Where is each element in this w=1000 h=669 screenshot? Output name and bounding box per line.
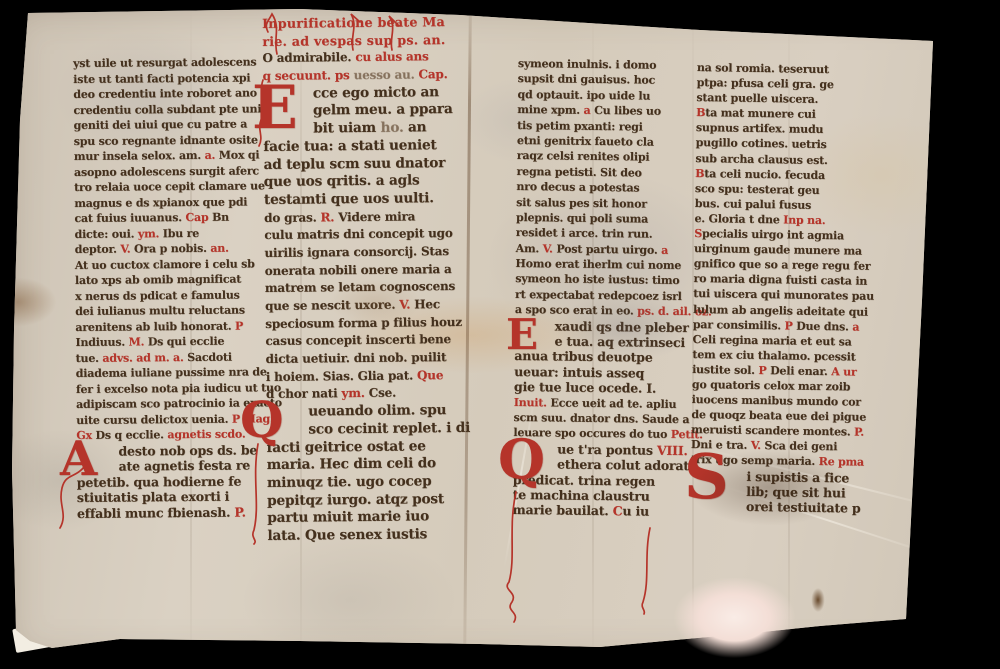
- body-text: lato xps ab omib magnificat: [75, 273, 241, 287]
- body-text: uirginum gaude munere ma: [694, 242, 862, 258]
- text-line: nro decus a potestas: [516, 179, 711, 197]
- text-line: testamti que uos uulti.: [264, 190, 449, 210]
- text-line: dicte: oui. ym. Ibu re: [74, 225, 269, 242]
- body-text: lata. Que senex iustis: [267, 526, 427, 544]
- body-text: minuqz tie. ugo cocep: [267, 473, 432, 491]
- text-line: tro relaia uoce cepit clamare ue: [74, 178, 269, 195]
- parchment-sheet: yst uile ut resurgat adolescensiste ut t…: [0, 0, 1000, 669]
- text-line: casus concepit inscerti bene: [265, 331, 450, 351]
- rubric-text: Cap: [185, 211, 212, 224]
- body-text: Ds q ecclie.: [95, 428, 167, 442]
- body-text: Ds qui ecclie: [148, 335, 225, 349]
- text-line: dei iulianus multu reluctans: [75, 302, 270, 319]
- rubric-text: V.: [543, 242, 557, 255]
- body-text: culu matris dni concepit ugo: [264, 226, 452, 242]
- body-text: pugillo cotines. uetris: [696, 136, 827, 151]
- text-line: a spo sco erat in eo. ps. d. ail. oz.: [515, 302, 710, 320]
- body-text: qd optauit. ipo uide lu: [517, 88, 650, 103]
- body-text: dei iulianus multu reluctans: [75, 304, 245, 318]
- rubric-text: a: [661, 243, 668, 256]
- body-text: Ibu re: [163, 226, 199, 239]
- body-text: iste ut tanti facti potencia xpi: [73, 71, 250, 86]
- rubric-text: P: [235, 319, 243, 332]
- body-text: ptpa: pfusa celi gra. ge: [697, 76, 834, 91]
- body-text: petetib. qua hodierne fe: [77, 473, 242, 489]
- body-text: stant puelle uiscera.: [696, 91, 818, 106]
- initial-E-col2: E: [252, 84, 298, 132]
- text-line: i hoiem. Sias. Glia pat. Que: [266, 367, 451, 387]
- text-line: Indiuus. M. Ds qui ecclie: [75, 333, 270, 350]
- body-text: effabli munc fbienash.: [77, 504, 235, 520]
- body-text: Cse.: [369, 386, 396, 400]
- initial-A-col1: A: [60, 440, 97, 478]
- rubric-text: an.: [210, 242, 228, 255]
- text-line: do gras. R. Videre mira: [264, 208, 449, 228]
- body-text: dicte: oui.: [74, 227, 137, 241]
- text-line: sco cecinit replet. i di: [266, 420, 451, 440]
- body-text: testamti que uos uulti.: [264, 190, 434, 208]
- body-text: ro maria digna fuisti casta in: [693, 272, 867, 288]
- rubric-text: A ur: [831, 365, 857, 378]
- rubric-text: a: [852, 320, 859, 333]
- body-text: sco cecinit replet. i di: [308, 420, 470, 438]
- body-text: matrem se letam cognoscens: [265, 279, 455, 295]
- text-line: d chor nati ym. Cse.: [266, 384, 451, 404]
- text-line: stiuitatis plata exorti i: [77, 488, 272, 505]
- body-text: dicta uetiuir. dni nob. puilit: [266, 350, 447, 366]
- rubric-text: advs. ad m. a.: [102, 351, 187, 365]
- body-text: meruisti scandere montes.: [691, 423, 854, 439]
- text-line: deo credentiu inte roboret ano: [73, 85, 268, 102]
- text-line: uirilis ignara consorcij. Stas: [264, 243, 449, 263]
- text-line: magnus e ds xpianox que pdi: [74, 194, 269, 211]
- body-text: Videre mira: [338, 209, 415, 224]
- body-text: bit uiam: [313, 120, 380, 137]
- body-text: O admirabile.: [262, 50, 355, 65]
- body-text: na sol romia. teseruut: [697, 61, 829, 76]
- body-text: Ecce ueit ad te. apliu: [550, 396, 676, 411]
- body-text: desto nob ops ds. be: [118, 442, 257, 458]
- body-text: ethera colut adorat: [557, 457, 689, 474]
- text-line: culu matris dni concepit ugo: [264, 225, 449, 245]
- body-text: asopno adolescens surgit aferc: [74, 164, 259, 179]
- rubric-text: V.: [120, 242, 134, 255]
- body-text: u iu: [622, 504, 649, 519]
- body-text: uesso au.: [353, 67, 418, 82]
- initial-Q-col3: Q: [498, 438, 545, 481]
- body-text: Mox qi: [219, 148, 260, 161]
- body-text: spu sco regnante idnante osite: [74, 133, 258, 148]
- rubric-text: V.: [399, 297, 414, 311]
- text-line: effabli munc fbienash. P.: [77, 504, 272, 521]
- text-line: At uo cuctox clamore i celu sb: [75, 256, 270, 273]
- text-line: matrem se letam cognoscens: [265, 278, 450, 298]
- text-line: pepitqz iurgo. atqz post: [267, 491, 452, 511]
- body-text: ue t'ra pontus: [557, 441, 657, 457]
- rubric-text: R.: [320, 210, 338, 224]
- body-text: iuocens manibus mundo cor: [692, 393, 861, 409]
- rubric-text: a.: [205, 149, 219, 162]
- body-text: Deli enar.: [770, 364, 831, 378]
- body-text: par consimilis.: [693, 318, 785, 332]
- body-text: casus concepit inscerti bene: [265, 332, 451, 348]
- rubric-text: Que: [417, 368, 443, 382]
- body-text: diadema iuliane pussime nra de: [76, 365, 267, 380]
- body-text: rt expectabat redepcoez isrl: [515, 288, 682, 303]
- body-text: iustite sol.: [692, 363, 759, 377]
- text-line: lato xps ab omib magnificat: [75, 271, 270, 288]
- body-text: Am.: [516, 242, 543, 255]
- body-text: cat fuius iuuanus.: [74, 211, 185, 225]
- body-text: ueuar: intuis asseq: [514, 364, 644, 381]
- text-line: deptor. V. Ora p nobis. an.: [75, 240, 270, 257]
- body-text: Hec: [414, 297, 440, 311]
- body-text: an: [408, 119, 427, 135]
- text-line: arenitens ab luib honorat. P: [75, 318, 270, 335]
- text-line: ate agnetis festa re: [77, 457, 272, 474]
- body-text: scm suu. dnator dns. Saude a: [514, 411, 690, 426]
- rubric-text: P.: [234, 504, 245, 519]
- body-text: de quoqz beata eue dei pigue: [691, 408, 866, 424]
- text-line: marie bauilat. Cu iu: [512, 502, 707, 520]
- body-text: credentiu colla subdant pte uni: [73, 102, 261, 117]
- body-text: orei testiuitate p: [746, 499, 861, 516]
- body-text: tue.: [76, 351, 103, 364]
- text-line: cat fuius iuuanus. Cap Bn: [74, 209, 269, 226]
- text-line: facti geitrice ostat ee: [266, 438, 451, 458]
- body-text: ate agnetis festa re: [119, 457, 251, 473]
- body-text: Ora p nobis.: [134, 242, 210, 256]
- rubric-text: P: [784, 319, 796, 332]
- text-line: tue. advs. ad m. a. Sacdoti: [76, 349, 271, 366]
- body-text: ho.: [380, 120, 408, 136]
- text-line: yst uile ut resurgat adolescens: [73, 54, 268, 71]
- body-text: pecialis uirgo int agmia: [702, 227, 844, 242]
- body-text: tui uiscera qui munorates pau: [693, 287, 874, 303]
- body-text: Sacdoti: [187, 350, 232, 363]
- folio-text: yst uile ut resurgat adolescensiste ut t…: [0, 0, 1000, 669]
- body-text: sco spu: testerat geu: [695, 182, 820, 197]
- body-text: Indiuus.: [75, 336, 128, 349]
- body-text: maria. Hec dim celi do: [267, 455, 436, 473]
- body-text: At uo cuctox clamore i celu sb: [75, 257, 255, 272]
- body-text: partu miuit marie iuo: [267, 509, 429, 527]
- body-text: lulum ab angelis adeitate qui: [693, 302, 868, 318]
- body-text: cce ego micto an: [313, 84, 439, 101]
- body-text: Homo erat iherlm cui nome: [515, 257, 681, 272]
- body-text: gnifico que so a rege regu fer: [694, 257, 871, 273]
- rubric-text: S: [694, 227, 702, 240]
- body-text: tis petim pxanti: regi: [517, 119, 643, 134]
- rubric-text: B: [695, 167, 704, 180]
- rubric-text: ym.: [341, 386, 368, 400]
- initial-E-col3: E: [506, 318, 538, 352]
- rubric-text: P.: [854, 426, 864, 439]
- initial-Q-col2: Q: [240, 400, 284, 440]
- body-text: facti geitrice ostat ee: [266, 438, 425, 456]
- body-text: uite cursu delictox uenia.: [76, 412, 232, 426]
- body-text: gie tue luce ocede. I.: [514, 379, 656, 396]
- text-line: credentiu colla subdant pte uni: [73, 101, 268, 118]
- text-line: mine xpm. a Cu libes uo: [517, 102, 712, 120]
- text-line: ad teplu scm suu dnator: [263, 155, 448, 175]
- body-text: que uos qritis. a agls: [264, 173, 420, 191]
- text-line: speciosum forma p filius houz: [265, 314, 450, 334]
- rubric-text: agnetis scdo.: [167, 428, 245, 442]
- body-text: tro relaia uoce cepit clamare ue: [74, 179, 265, 194]
- text-line: iste ut tanti facti potencia xpi: [73, 70, 268, 87]
- body-text: supsit dni gauisus. hoc: [518, 72, 655, 87]
- body-text: deptor.: [75, 243, 121, 256]
- text-line: partu miuit marie iuo: [267, 508, 452, 528]
- body-text: xaudi qs dne pleber: [555, 318, 689, 335]
- text-line: que se nescit uxore. V. Hec: [265, 296, 450, 316]
- rubric-text: ym.: [138, 227, 163, 240]
- body-text: arenitens ab luib honorat.: [75, 319, 235, 333]
- text-line: lata. Que senex iustis: [267, 526, 452, 546]
- text-line: minuqz tie. ugo cocep: [267, 473, 452, 493]
- rubric-text: rie. ad vespas sup ps. an.: [262, 32, 445, 49]
- pale-blob: [652, 578, 817, 669]
- body-text: que se nescit uxore.: [265, 298, 399, 313]
- body-text: ueuando olim. spu: [308, 402, 446, 419]
- body-text: bus. cui palui fusus: [695, 197, 812, 212]
- text-line: diadema iuliane pussime nra de: [76, 364, 271, 381]
- body-text: speciosum forma p filius houz: [265, 315, 462, 331]
- body-text: nro decus a potestas: [516, 180, 639, 195]
- body-text: magnus e ds xpianox que pdi: [74, 195, 247, 210]
- body-text: etni genitrix faueto cla: [517, 134, 654, 149]
- rubric-text: P: [758, 364, 770, 377]
- body-text: ta mat munere cui: [705, 106, 816, 121]
- body-text: lib; que sit hui: [746, 483, 845, 500]
- body-text: symeon ho iste iustus: timo: [515, 272, 679, 287]
- rubric-text: a: [583, 104, 594, 117]
- body-text: mur insela selox. am.: [74, 149, 205, 163]
- body-text: e. Gloria t dne: [694, 212, 783, 226]
- text-line: O admirabile. cu alus ans: [262, 48, 447, 68]
- body-text: pepitqz iurgo. atqz post: [267, 491, 444, 509]
- body-text: regna petisti. Sit deo: [517, 165, 642, 180]
- text-line: rie. ad vespas sup ps. an.: [262, 31, 447, 51]
- rubric-text: Cap.: [418, 67, 447, 81]
- body-text: raqz celsi renites olipi: [517, 149, 650, 164]
- body-text: sub archa clausus est.: [695, 152, 827, 167]
- body-text: uirilis ignara consorcij. Stas: [264, 244, 449, 260]
- rubric-text: cu alus ans: [355, 50, 428, 65]
- rubric-text: C: [613, 504, 623, 519]
- text-line: onerata nobili onere maria a: [265, 261, 450, 281]
- body-text: deo credentiu inte roboret ano: [73, 86, 257, 101]
- rubric-text: Inp na.: [783, 213, 825, 227]
- text-line: maria. Hec dim celi do: [267, 455, 452, 475]
- body-text: stiuitatis plata exorti i: [77, 489, 229, 505]
- text-line: ueuando olim. spu: [266, 402, 451, 422]
- rubric-text: Inuit.: [514, 396, 551, 409]
- body-text: e tua. aq extrinseci: [554, 333, 685, 350]
- body-text: ad teplu scm suu dnator: [263, 155, 445, 173]
- text-line: mur insela selox. am. a. Mox qi: [74, 147, 269, 164]
- body-text: tem ex ciu thalamo. pcessit: [692, 348, 855, 364]
- body-text: Post partu uirgo.: [556, 242, 661, 256]
- body-text: do gras.: [264, 210, 321, 225]
- body-text: Sca dei geni: [764, 439, 837, 453]
- text-line: dicta uetiuir. dni nob. puilit: [266, 349, 451, 369]
- text-line: x nerus ds pdicat e famulus: [75, 287, 270, 304]
- photograph-stage: Latin liturgical manuscript bifolium — o…: [0, 0, 1000, 669]
- text-line: que uos qritis. a agls: [264, 172, 449, 192]
- rubric-text: M.: [129, 335, 148, 348]
- text-line: asopno adolescens surgit aferc: [74, 163, 269, 180]
- text-line: spu sco regnante idnante osite: [74, 132, 269, 149]
- body-text: mine xpm.: [517, 103, 583, 117]
- rubric-text: V.: [751, 439, 765, 452]
- initial-S-col4: S: [684, 452, 729, 502]
- body-text: go quatoris celox mar zoib: [692, 378, 851, 393]
- body-text: ta celi nucio. fecuda: [704, 167, 825, 182]
- text-line: petetib. qua hodierne fe: [77, 473, 272, 490]
- rubric-text: B: [696, 106, 705, 119]
- column-1: yst uile ut resurgat adolescensiste ut t…: [73, 54, 272, 521]
- body-text: plepnis. qui poli suma: [516, 211, 648, 226]
- body-text: Cu libes uo: [594, 104, 661, 118]
- body-text: sit salus pes sit honor: [516, 196, 647, 211]
- body-text: gelm meu. a ppara: [313, 101, 453, 118]
- rubric-text: Inpurificatione beate Ma: [262, 14, 445, 31]
- body-text: i supistis a fice: [746, 468, 849, 485]
- body-text: symeon inulnis. i domo: [518, 57, 657, 72]
- text-line: Inpurificatione beate Ma: [262, 13, 447, 33]
- body-text: residet i arce. trin run.: [516, 226, 653, 241]
- body-text: onerata nobili onere maria a: [265, 262, 452, 278]
- body-text: geniti dei uiui que cu patre a: [74, 117, 248, 132]
- body-text: yst uile ut resurgat adolescens: [73, 55, 256, 70]
- body-text: Celi regina maria et eut sa: [693, 333, 852, 348]
- body-text: supnus artifex. mudu: [696, 121, 824, 136]
- body-text: Due dns.: [796, 319, 852, 333]
- body-text: i hoiem. Sias. Glia pat.: [266, 368, 417, 384]
- text-line: gie tue luce ocede. I.: [514, 379, 709, 397]
- body-text: x nerus ds pdicat e famulus: [75, 288, 240, 302]
- rubric-text: Re pma: [819, 455, 864, 469]
- body-text: marie bauilat.: [512, 502, 612, 518]
- text-line: geniti dei uiui que cu patre a: [74, 116, 269, 133]
- body-text: Bn: [212, 211, 229, 224]
